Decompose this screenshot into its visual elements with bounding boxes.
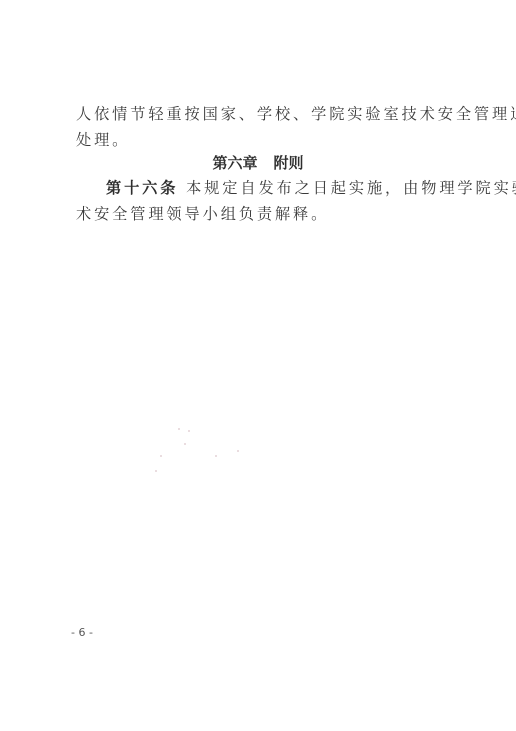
article-label: 第十六条 (106, 179, 178, 197)
article-line: 第十六条 本规定自发布之日起实施，由物理学院实验室技 (106, 178, 516, 198)
chapter-heading: 第六章附则 (0, 153, 516, 173)
paragraph-line: 处理。 (76, 130, 130, 150)
article-line: 术安全管理领导小组负责解释。 (76, 204, 329, 224)
chapter-title: 第六章 (212, 154, 257, 172)
article-text: 本规定自发布之日起实施，由物理学院实验室技 (186, 179, 516, 197)
page-number: - 6 - (71, 626, 93, 639)
paragraph-line: 人依情节轻重按国家、学校、学院实验室技术安全管理追责办法 (76, 104, 516, 124)
chapter-subtitle: 附则 (274, 154, 304, 172)
